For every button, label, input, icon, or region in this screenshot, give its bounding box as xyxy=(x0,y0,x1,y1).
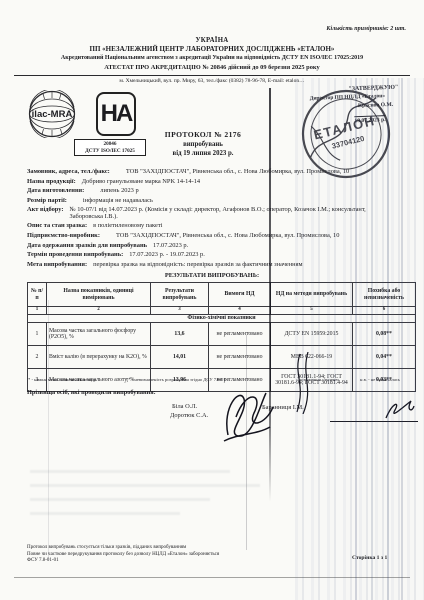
bleed-through-text xyxy=(30,484,260,487)
header-organization: ПП «НЕЗАЛЕЖНИЙ ЦЕНТР ЛАБОРАТОРНИХ ДОСЛІД… xyxy=(0,45,424,53)
col-result: Результати випробувань xyxy=(151,283,209,307)
protocol-date: від 19 липня 2023 р. xyxy=(128,150,278,157)
scan-fold-line xyxy=(269,88,271,502)
svg-text:ilac-MRA: ilac-MRA xyxy=(32,109,73,120)
col-indicator: Назва показників, одиниці вимірювань xyxy=(47,283,151,307)
footnote-lower-limit: * - нижня межа визначення методу xyxy=(28,377,96,382)
col-method: НД на методи випробувань xyxy=(271,283,353,307)
page-number: Сторінка 1 з 1 xyxy=(352,555,387,561)
detail-customer: Замовник, адреса, тел./факс:ТОВ "ЗАХІДПО… xyxy=(27,168,409,175)
sample-details: Замовник, адреса, тел./факс:ТОВ "ЗАХІДПО… xyxy=(27,168,409,270)
table-header-row: № п/п Назва показників, одиниці вимірюва… xyxy=(28,283,416,307)
detail-receive-date: Дата одержання зразків для випробувань17… xyxy=(27,242,409,249)
footnote-uncertainty: ** - невизначеність розрахована згідно Д… xyxy=(126,377,226,382)
section-row: Фізико-хімічні показники xyxy=(28,314,416,323)
col-num: № п/п xyxy=(28,283,47,307)
detail-manufacture-date: Дата виготовлення:липень 2023 р xyxy=(27,187,409,194)
footer-rule xyxy=(14,577,410,578)
footer-form-code: ФСУ 7.8-01-01 xyxy=(27,558,59,563)
globe-icon: ilac-MRA xyxy=(28,90,76,138)
signature-3 xyxy=(384,396,416,422)
footer-note-2: Повне чи часткове передрукування протоко… xyxy=(27,552,219,557)
scan-line-left xyxy=(48,300,49,560)
footnote-not-determined: н.в. - не визначалась xyxy=(360,377,400,382)
signature-2 xyxy=(290,352,316,414)
ilac-mra-logo: ilac-MRA xyxy=(28,90,76,138)
protocol-title: ПРОТОКОЛ № 2176 xyxy=(128,130,278,139)
bleed-through-text xyxy=(30,498,210,501)
tester-name-1: Біла О.Л. xyxy=(172,403,197,410)
detail-product: Назва продукції:Добриво гранульоване мар… xyxy=(27,178,409,185)
detail-manufacturer: Підприємство-виробник:ТОВ "ЗАХІДПОСТАЧ",… xyxy=(27,232,409,239)
testers-heading: Прізвища осіб, які проводили випробуванн… xyxy=(27,389,156,396)
results-table: № п/п Назва показників, одиниці вимірюва… xyxy=(27,282,416,392)
results-heading: РЕЗУЛЬТАТИ ВИПРОБУВАНЬ: xyxy=(0,272,424,279)
copies-note: Кількість примірників: 2 шт. xyxy=(326,26,406,32)
header-attestat: АТЕСТАТ ПРО АКРЕДИТАЦІЮ № 20846 дійсний … xyxy=(0,64,424,71)
scanned-protocol-page: Кількість примірників: 2 шт. УКРАЇНА ПП … xyxy=(0,0,424,600)
protocol-title-block: ПРОТОКОЛ № 2176 випробувань від 19 липня… xyxy=(128,130,278,157)
bleed-through-text xyxy=(30,470,230,473)
col-requirements: Вимоги НД xyxy=(209,283,271,307)
detail-sampling-act: Акт відбору:№ 10-07/1 від 14.07.2023 р. … xyxy=(27,206,409,220)
footer-note-1: Протокол випробувань стосується тільки з… xyxy=(27,545,186,550)
naau-letters: НА xyxy=(101,100,132,128)
bleed-through-text xyxy=(30,512,180,515)
header-rule xyxy=(14,75,410,76)
column-number-row: 1 2 3 4 5 6 xyxy=(28,307,416,315)
header-country: УКРАЇНА xyxy=(0,37,424,44)
scan-line-faint xyxy=(246,335,247,550)
detail-test-purpose: Мета випробування:перевірка зразка на ві… xyxy=(27,261,409,268)
tester-name-2: Доротюк С.А. xyxy=(170,412,208,419)
table-row: 1 Масова частка загального фосфору (P2O5… xyxy=(28,323,416,346)
protocol-subtitle: випробувань xyxy=(128,141,278,148)
header-accreditation: Акредитований Національним агенством з а… xyxy=(0,55,424,61)
section-title: Фізико-хімічні показники xyxy=(28,314,416,323)
round-seal: ЕТАЛОН 33704120 xyxy=(300,88,392,180)
detail-batch-size: Розмір партії:інформація не надавалась xyxy=(27,197,409,204)
table-row: 2 Вміст калію (в перерахунку на K2O), % … xyxy=(28,346,416,369)
detail-test-period: Термін проведення випробувань:17.07.2023… xyxy=(27,251,409,258)
detail-sample-description: Опис та стан зразка:в поліетиленовому па… xyxy=(27,222,409,229)
col-uncertainty: Похибка або невизначеність xyxy=(353,283,416,307)
